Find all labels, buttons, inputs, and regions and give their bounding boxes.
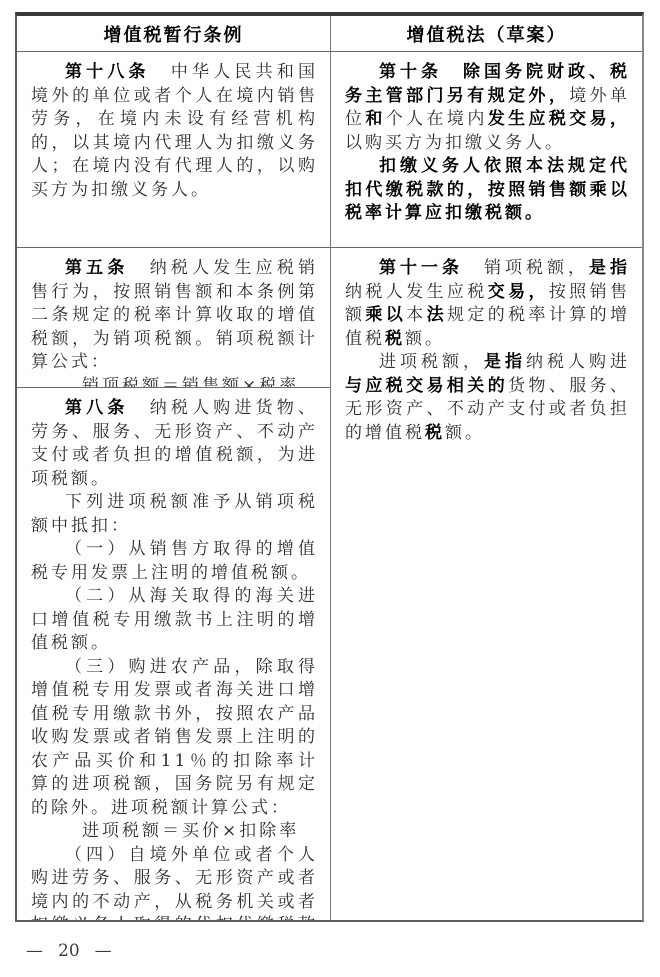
- regulation-article-5-paragraph: 第五条 纳税人发生应税销售行为，按照销售额和本条例第二条规定的税率计算收取的增值…: [31, 257, 318, 375]
- law-article-11-paragraph-2: 进项税额，是指纳税人购进与应税交易相关的货物、服务、无形资产、不动产支付或者负担…: [345, 351, 630, 445]
- comparison-table: 增值税暂行条例 增值税法（草案） 第十八条 中华人民共和国境外的单位或者个人在境…: [15, 12, 644, 922]
- footer-dash-left: —: [26, 941, 43, 961]
- law-article-11-paragraph-1: 第十一条 销项税额，是指纳税人发生应税交易，按照销售额乘以本法规定的税率计算的增…: [345, 257, 630, 351]
- regulation-article-8-item-2: （二）从海关取得的海关进口增值税专用缴款书上注明的增值税额。: [31, 585, 318, 656]
- regulation-article-5-formula: 销项税额＝销售额×税率: [31, 375, 318, 389]
- page-footer: — 20 —: [26, 939, 112, 963]
- table-row-withholding-agents: 第十八条 中华人民共和国境外的单位或者个人在境内销售劳务，在境内未设有经营机构的…: [17, 52, 642, 248]
- regulation-article-18-paragraph: 第十八条 中华人民共和国境外的单位或者个人在境内销售劳务，在境内未设有经营机构的…: [31, 61, 318, 202]
- regulation-article-8-paragraph-1: 第八条 纳税人购进货物、劳务、服务、无形资产、不动产支付或者负担的增值税额，为进…: [31, 397, 318, 491]
- regulation-article-8-paragraph-2: 下列进项税额准予从销项税额中抵扣：: [31, 491, 318, 538]
- cell-law-article-11: 第十一条 销项税额，是指纳税人发生应税交易，按照销售额乘以本法规定的税率计算的增…: [331, 248, 642, 920]
- header-draft-law-title: 增值税法（草案）: [331, 16, 642, 51]
- regulation-article-8-item-1: （一）从销售方取得的增值税专用发票上注明的增值税额。: [31, 538, 318, 585]
- footer-dash-right: —: [95, 941, 112, 961]
- cell-law-article-10: 第十条 除国务院财政、税务主管部门另有规定外，境外单位和个人在境内发生应税交易，…: [331, 52, 642, 247]
- document-page: 增值税暂行条例 增值税法（草案） 第十八条 中华人民共和国境外的单位或者个人在境…: [0, 0, 660, 977]
- cell-regulation-article-8: 第八条 纳税人购进货物、劳务、服务、无形资产、不动产支付或者负担的增值税额，为进…: [17, 388, 330, 920]
- left-column-regulation-cells: 第五条 纳税人发生应税销售行为，按照销售额和本条例第二条规定的税率计算收取的增值…: [17, 248, 331, 920]
- regulation-article-8-formula: 进项税额＝买价×扣除率: [31, 820, 318, 844]
- cell-regulation-article-18: 第十八条 中华人民共和国境外的单位或者个人在境内销售劳务，在境内未设有经营机构的…: [17, 52, 331, 247]
- regulation-article-8-item-3: （三）购进农产品，除取得增值税专用发票或者海关进口增值税专用缴款书外，按照农产品…: [31, 656, 318, 821]
- regulation-article-8-item-4: （四）自境外单位或者个人购进劳务、服务、无形资产或者境内的不动产，从税务机关或者…: [31, 844, 318, 921]
- table-header-row: 增值税暂行条例 增值税法（草案）: [17, 16, 642, 52]
- footer-page-number: 20: [58, 941, 80, 961]
- cell-regulation-article-5: 第五条 纳税人发生应税销售行为，按照销售额和本条例第二条规定的税率计算收取的增值…: [17, 248, 330, 388]
- law-article-10-paragraph-2: 扣缴义务人依照本法规定代扣代缴税款的，按照销售额乘以税率计算应扣缴税额。: [345, 155, 630, 226]
- law-article-10-paragraph-1: 第十条 除国务院财政、税务主管部门另有规定外，境外单位和个人在境内发生应税交易，…: [345, 61, 630, 155]
- table-row-output-input-tax: 第五条 纳税人发生应税销售行为，按照销售额和本条例第二条规定的税率计算收取的增值…: [17, 248, 642, 920]
- header-regulation-title: 增值税暂行条例: [17, 16, 331, 51]
